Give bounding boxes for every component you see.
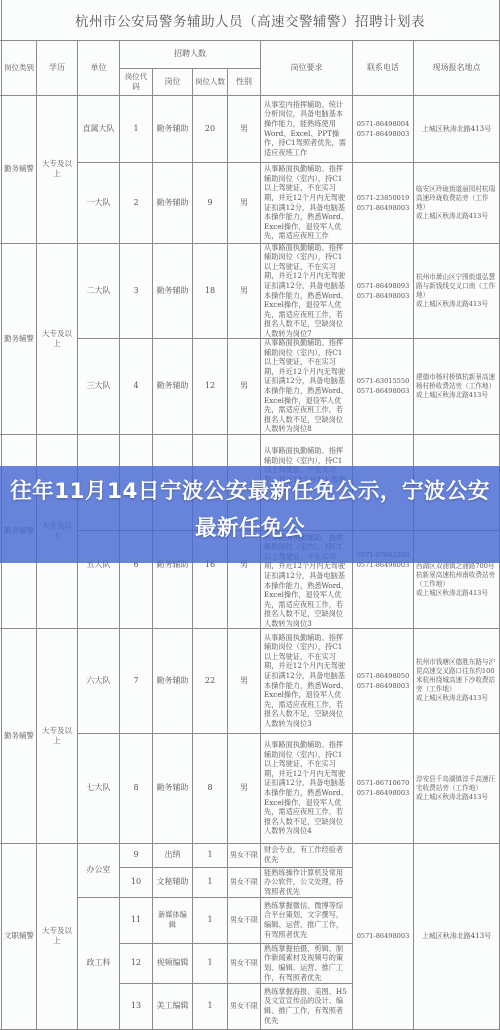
unit-cell: 二大队: [78, 243, 119, 338]
gender-cell: 男: [228, 338, 260, 434]
header-requirements: 岗位要求: [261, 40, 352, 95]
code-cell: 7: [120, 628, 152, 733]
requirement-cell: 熟练掌握拍摄、剪辑、制作新闻素材及视频号的策划、编辑、运营、推广工作，有驾照者优…: [261, 943, 352, 983]
requirement-cell: 财会专业，有工作经验者优先: [261, 843, 352, 867]
code-cell: 11: [120, 897, 152, 943]
header-unit: 单位: [78, 40, 119, 95]
unit-cell: 三大队: [78, 338, 119, 434]
post-cell: 美工编辑: [153, 983, 192, 1029]
phone-cell: 0571-86498093 0571-86498003: [353, 243, 413, 338]
headline-text: 往年11月14日宁波公安最新任免公示，宁波公安最新任免公: [0, 473, 500, 547]
code-cell: 4: [120, 338, 152, 434]
post-cell: 勤务辅助: [153, 338, 192, 434]
education-cell: 大专及以上: [37, 843, 77, 1029]
code-cell: 9: [120, 843, 152, 867]
category-cell: 勤务辅警: [2, 243, 36, 434]
count-cell: 1: [193, 867, 227, 897]
requirement-cell: 从事路面执勤辅助、指挥辅助岗位（室内），持C1以上驾驶证，不在实习期，并近12个…: [261, 733, 352, 843]
count-cell: 1: [193, 843, 227, 867]
category-cell: 文职辅警: [2, 843, 36, 1029]
code-cell: 2: [120, 162, 152, 243]
gender-cell: 男: [228, 162, 260, 243]
post-cell: 新媒体编辑: [153, 897, 192, 943]
count-cell: 1: [193, 943, 227, 983]
unit-cell: 办公室: [78, 843, 119, 897]
location-cell: 杭州市钱塘区德胜东路与沪昆高速交叉路口往东约100米杭州绕城高速下沙收费站旁（工…: [414, 628, 499, 733]
phone-cell: 0571-86498004 0571-86498003: [353, 95, 413, 162]
header-post: 岗位: [153, 68, 192, 95]
gender-cell: 男: [228, 628, 260, 733]
location-cell: 淳安县千岛湖镇淳千高速汪宅收费站旁（工作地） 或上城区秋涛北路413号: [414, 733, 499, 843]
post-cell: 出纳: [153, 843, 192, 867]
post-cell: 勤务辅助: [153, 162, 192, 243]
header-count: 岗位人数: [193, 68, 227, 95]
unit-cell: 直属大队: [78, 95, 119, 162]
gender-cell: 男: [228, 95, 260, 162]
header-category: 岗位类别: [2, 40, 36, 95]
gender-cell: 男女不限: [228, 843, 260, 867]
location-cell: 上城区秋涛北路413号: [414, 843, 499, 1029]
header-gender: 性别: [228, 68, 260, 95]
code-cell: 3: [120, 243, 152, 338]
requirement-cell: 能熟练操作计算机及常用办公软件，公文处理，持驾照者优先: [261, 867, 352, 897]
phone-cell: 0571-63015550 0571-86498003: [353, 338, 413, 434]
count-cell: 18: [193, 243, 227, 338]
unit-cell: 一大队: [78, 162, 119, 243]
header-phone: 联系电话: [353, 40, 413, 95]
post-cell: 勤务辅助: [153, 628, 192, 733]
requirement-cell: 熟练掌握海报、美图、H5及文宣宣传品的设计、编辑、推广工作，有驾照者优先: [261, 983, 352, 1029]
header-education: 学历: [37, 40, 77, 95]
gender-cell: 男: [228, 243, 260, 338]
count-cell: 22: [193, 628, 227, 733]
header-code: 岗位代码: [120, 68, 152, 95]
header-location: 现场报名地点: [414, 40, 499, 95]
code-cell: 12: [120, 943, 152, 983]
gender-cell: 男女不限: [228, 983, 260, 1029]
requirement-cell: 从事路面执勤辅助、指挥辅助岗位（室内），持C1以上驾驶证，不在实习期，并近12个…: [261, 243, 352, 338]
count-cell: 20: [193, 95, 227, 162]
recruitment-table-document: 杭州市公安局警务辅助人员（高速交警辅警）招聘计划表 岗位类别 学历 单位 招聘人…: [0, 0, 500, 1030]
code-cell: 10: [120, 867, 152, 897]
document-title: 杭州市公安局警务辅助人员（高速交警辅警）招聘计划表: [0, 0, 500, 40]
unit-cell: 六大队: [78, 628, 119, 733]
requirement-cell: 从事路面执勤辅助、指挥辅助岗位（室内），持C1以上驾驶证，不在实习期，并近12个…: [261, 338, 352, 434]
requirement-cell: 从事路面执勤辅助、指挥辅助岗位（室内），持C1以上驾驶证，不在实习期，并近12个…: [261, 162, 352, 243]
count-cell: 1: [193, 983, 227, 1029]
category-cell: 勤务辅警: [2, 95, 36, 243]
header-recruit-count: 招聘人数: [120, 40, 260, 68]
requirement-cell: 从事室内指挥辅助、统计分析岗位，具备电脑基本操作能力，能熟练使用Word、Exc…: [261, 95, 352, 162]
post-cell: 文秘辅助: [153, 867, 192, 897]
unit-cell: 七大队: [78, 733, 119, 843]
count-cell: 1: [193, 897, 227, 943]
code-cell: 8: [120, 733, 152, 843]
location-cell: 西湖区双浦镇之浦路700号杭新景高速杭州南收费站旁（工作地） 或上城区秋涛北路4…: [414, 562, 499, 602]
gender-cell: 男: [228, 733, 260, 843]
requirement-cell: 熟练掌握微信、微博等综合平台策划，文字撰写，编辑、运营、推广工作，有驾照者优先: [261, 897, 352, 943]
phone-cell: 0571-23850019 0571-86498003: [353, 162, 413, 243]
count-cell: 12: [193, 338, 227, 434]
location-cell: 杭州市萧山区宁围街道弘慧路与新钱线交叉口南（工作地） 或上城区秋涛北路413号: [414, 243, 499, 338]
location-cell: 临安区玲珑街道丽园村杭瑞高速玲珑收费站旁（工作地） 或上城区秋涛北路413号: [414, 162, 499, 243]
education-cell: 大专及以上: [37, 243, 77, 434]
code-cell: 13: [120, 983, 152, 1029]
phone-cell: 0571-86498050 0571-86498003: [353, 628, 413, 733]
phone-cell: 0571-86710670 0571-86498003: [353, 733, 413, 843]
gender-cell: 男女不限: [228, 897, 260, 943]
count-cell: 8: [193, 733, 227, 843]
gender-cell: 男女不限: [228, 867, 260, 897]
location-cell: 上城区秋涛北路413号: [414, 95, 499, 162]
post-cell: 勤务辅助: [153, 95, 192, 162]
post-cell: 勤务辅助: [153, 243, 192, 338]
post-cell: 勤务辅助: [153, 733, 192, 843]
phone-cell: 0571-86498003: [353, 843, 413, 1029]
requirement-cell: 从事路面执勤辅助、指挥辅助岗位（室内），持C1以上驾驶证，不在实习期，并近12个…: [261, 628, 352, 733]
count-cell: 9: [193, 162, 227, 243]
post-cell: 视频编辑: [153, 943, 192, 983]
education-cell: 大专及以上: [37, 95, 77, 243]
education-cell: 大专及以上: [37, 628, 77, 843]
category-cell: 勤务辅警: [2, 628, 36, 843]
unit-cell: 政工科: [78, 897, 119, 1029]
location-cell: 建德市杨村桥镇杭新景高速杨村桥收费站旁（工作地） 或上城区秋涛北路413号: [414, 338, 499, 434]
code-cell: 1: [120, 95, 152, 162]
gender-cell: 男女不限: [228, 943, 260, 983]
